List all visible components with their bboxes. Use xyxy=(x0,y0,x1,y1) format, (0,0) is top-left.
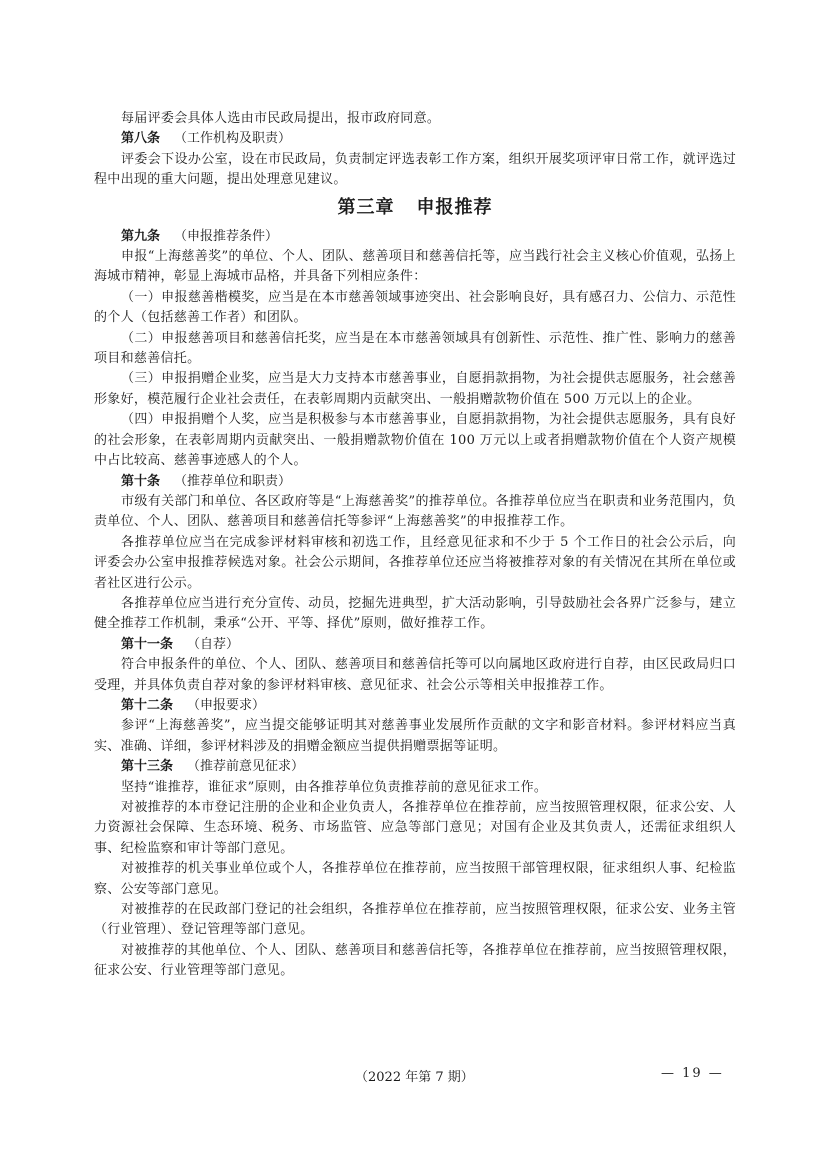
paragraph: 对被推荐的在民政部门登记的社会组织，各推荐单位在推荐前，应当按照管理权限，征求公… xyxy=(94,900,736,941)
paragraph: （二）申报慈善项目和慈善信托奖，应当是在本市慈善领域具有创新性、示范性、推广性、… xyxy=(94,329,736,370)
article-title: （申报要求） xyxy=(187,698,265,713)
article-title: （申报推荐条件） xyxy=(174,229,278,244)
paragraph: 评委会下设办公室，设在市民政局，负责制定评选表彰工作方案，组织开展奖项评审日常工… xyxy=(94,150,736,191)
issue-label: （2022 年第 7 期） xyxy=(355,1066,474,1085)
paragraph: 坚持“谁推荐，谁征求”原则，由各推荐单位负责推荐前的意见征求工作。 xyxy=(94,778,736,798)
paragraph: 对被推荐的其他单位、个人、团队、慈善项目和慈善信托等，各推荐单位在推荐前，应当按… xyxy=(94,941,736,982)
article-heading-9: 第九条（申报推荐条件） xyxy=(94,227,736,247)
page-number: — 19 — xyxy=(661,1066,724,1081)
paragraph: （一）申报慈善楷模奖，应当是在本市慈善领域事迹突出、社会影响良好，具有感召力、公… xyxy=(94,288,736,329)
article-number: 第十三条 xyxy=(121,759,173,774)
document-page: 每届评委会具体人选由市民政局提出，报市政府同意。 第八条（工作机构及职责） 评委… xyxy=(94,109,736,982)
article-heading-10: 第十条（推荐单位和职责） xyxy=(94,472,736,492)
article-number: 第十二条 xyxy=(121,698,173,713)
article-heading-13: 第十三条（推荐前意见征求） xyxy=(94,757,736,777)
paragraph: 对被推荐的机关事业单位或个人，各推荐单位在推荐前，应当按照干部管理权限，征求组织… xyxy=(94,859,736,900)
chapter-number: 第三章 xyxy=(338,197,395,218)
article-heading-11: 第十一条（自荐） xyxy=(94,635,736,655)
paragraph: 对被推荐的本市登记注册的企业和企业负责人，各推荐单位在推荐前，应当按照管理权限，… xyxy=(94,798,736,859)
paragraph: 各推荐单位应当进行充分宣传、动员，挖掘先进典型，扩大活动影响，引导鼓励社会各界广… xyxy=(94,594,736,635)
article-heading-8: 第八条（工作机构及职责） xyxy=(94,129,736,149)
article-number: 第九条 xyxy=(121,229,160,244)
article-title: （推荐前意见征求） xyxy=(187,759,304,774)
article-title: （工作机构及职责） xyxy=(174,131,291,146)
article-title: （自荐） xyxy=(187,637,239,652)
paragraph: （四）申报捐赠个人奖，应当是积极参与本市慈善事业，自愿捐款捐物，为社会提供志愿服… xyxy=(94,410,736,471)
article-title: （推荐单位和职责） xyxy=(174,474,291,489)
paragraph: 符合申报条件的单位、个人、团队、慈善项目和慈善信托等可以向属地区政府进行自荐，由… xyxy=(94,655,736,696)
article-number: 第八条 xyxy=(121,131,160,146)
paragraph: 参评“上海慈善奖”，应当提交能够证明其对慈善事业发展所作贡献的文字和影音材料。参… xyxy=(94,716,736,757)
article-heading-12: 第十二条（申报要求） xyxy=(94,696,736,716)
chapter-title: 申报推荐 xyxy=(417,197,493,218)
article-number: 第十一条 xyxy=(121,637,173,652)
article-number: 第十条 xyxy=(121,474,160,489)
paragraph: 每届评委会具体人选由市民政局提出，报市政府同意。 xyxy=(94,109,736,129)
paragraph: 市级有关部门和单位、各区政府等是“上海慈善奖”的推荐单位。各推荐单位应当在职责和… xyxy=(94,492,736,533)
paragraph: 申报“上海慈善奖”的单位、个人、团队、慈善项目和慈善信托等，应当践行社会主义核心… xyxy=(94,247,736,288)
paragraph: （三）申报捐赠企业奖，应当是大力支持本市慈善事业，自愿捐款捐物，为社会提供志愿服… xyxy=(94,369,736,410)
chapter-heading: 第三章申报推荐 xyxy=(94,195,736,221)
paragraph: 各推荐单位应当在完成参评材料审核和初选工作，且经意见征求和不少于 5 个工作日的… xyxy=(94,533,736,594)
